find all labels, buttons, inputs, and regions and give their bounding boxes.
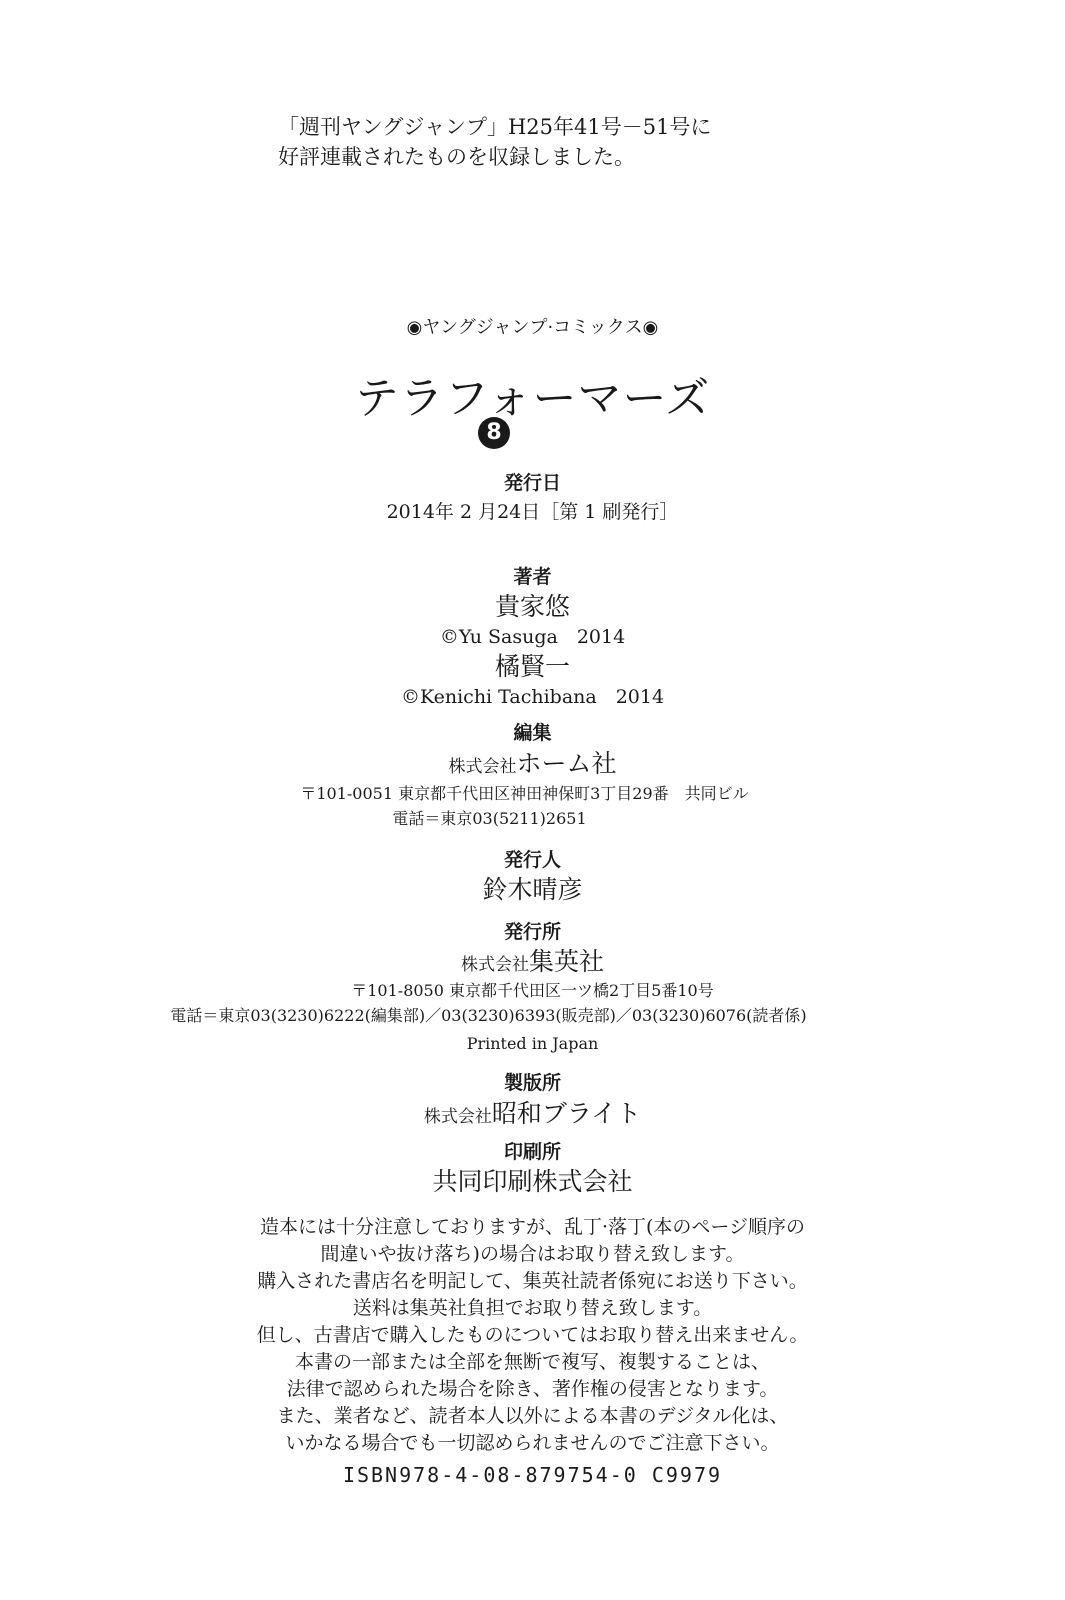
publisher-company: 株式会社集英社 [0, 942, 1065, 978]
publisher-person-name: 鈴木晴彦 [0, 870, 1065, 906]
plate-maker-company: 株式会社昭和ブライト [0, 1094, 1065, 1130]
notice-line: 本書の一部または全部を無断で複写、複製することは、 [0, 1349, 1065, 1376]
notice-block: 造本には十分注意しておりますが、乱丁·落丁(本のページ順序の 間違いや抜け落ち)… [0, 1214, 1065, 1457]
notice-line: 間違いや抜け落ち)の場合はお取り替え致します。 [0, 1241, 1065, 1268]
publication-date-value: 2014年 2 月24日［第 1 刷発行］ [0, 497, 1065, 524]
publisher-company-name: 集英社 [529, 947, 604, 976]
author-name-2: 橘賢一 [0, 647, 1065, 683]
author-copyright-1: ©Yu Sasuga 2014 [0, 622, 1065, 649]
notice-line: 購入された書店名を明記して、集英社読者係宛にお送り下さい。 [0, 1268, 1065, 1295]
notice-line: 送料は集英社負担でお取り替え致します。 [0, 1295, 1065, 1322]
notice-line: また、業者など、読者本人以外による本書のデジタル化は、 [0, 1403, 1065, 1430]
volume-number-badge: 8 [478, 417, 510, 449]
book-title: テラフォーマーズ [0, 362, 1065, 426]
notice-line: 但し、古書店で購入したものについてはお取り替え出来ません。 [0, 1322, 1065, 1349]
printed-in: Printed in Japan [0, 1034, 1065, 1053]
series-label: ◉ヤングジャンプ·コミックス◉ [0, 313, 1065, 339]
editor-phone: 電話＝東京03(5211)2651 [0, 806, 1022, 829]
plate-maker-label: 製版所 [0, 1068, 1065, 1095]
publisher-phone: 電話＝東京03(3230)6222(編集部)／03(3230)6393(販売部)… [0, 1003, 1021, 1026]
publication-date-label: 発行日 [0, 468, 1065, 495]
serial-note: 「週刊ヤングジャンプ」H25年41号－51号に 好評連載されたものを収録しました… [278, 112, 711, 172]
publisher-label: 発行所 [0, 917, 1065, 944]
plate-maker-company-name: 昭和ブライト [492, 1099, 641, 1128]
notice-line: 造本には十分注意しておりますが、乱丁·落丁(本のページ順序の [0, 1214, 1065, 1241]
editor-company-prefix: 株式会社 [448, 757, 516, 777]
publisher-person-label: 発行人 [0, 845, 1065, 872]
serial-note-line-1: 「週刊ヤングジャンプ」H25年41号－51号に [278, 112, 711, 142]
printer-label: 印刷所 [0, 1137, 1065, 1164]
publisher-address: 〒101-8050 東京都千代田区一ツ橋2丁目5番10号 [0, 978, 1065, 1001]
notice-line: 法律で認められた場合を除き、著作権の侵害となります。 [0, 1376, 1065, 1403]
serial-note-line-2: 好評連載されたものを収録しました。 [278, 142, 711, 172]
editor-company: 株式会社ホーム社 [0, 744, 1065, 780]
printer-company-name: 共同印刷株式会社 [0, 1162, 1065, 1198]
plate-maker-company-prefix: 株式会社 [424, 1107, 492, 1127]
editor-label: 編集 [0, 718, 1065, 745]
author-name-1: 貴家悠 [0, 587, 1065, 623]
authors-label: 著者 [0, 562, 1065, 589]
author-copyright-2: ©Kenichi Tachibana 2014 [0, 682, 1065, 709]
editor-address: 〒101-0051 東京都千代田区神田神保町3丁目29番 共同ビル [0, 781, 1057, 804]
isbn-code: ISBN978-4-08-879754-0 C9979 [0, 1463, 1065, 1487]
editor-company-name: ホーム社 [516, 749, 616, 778]
notice-line: いかなる場合でも一切認められませんのでご注意下さい。 [0, 1430, 1065, 1457]
publisher-company-prefix: 株式会社 [461, 955, 529, 975]
